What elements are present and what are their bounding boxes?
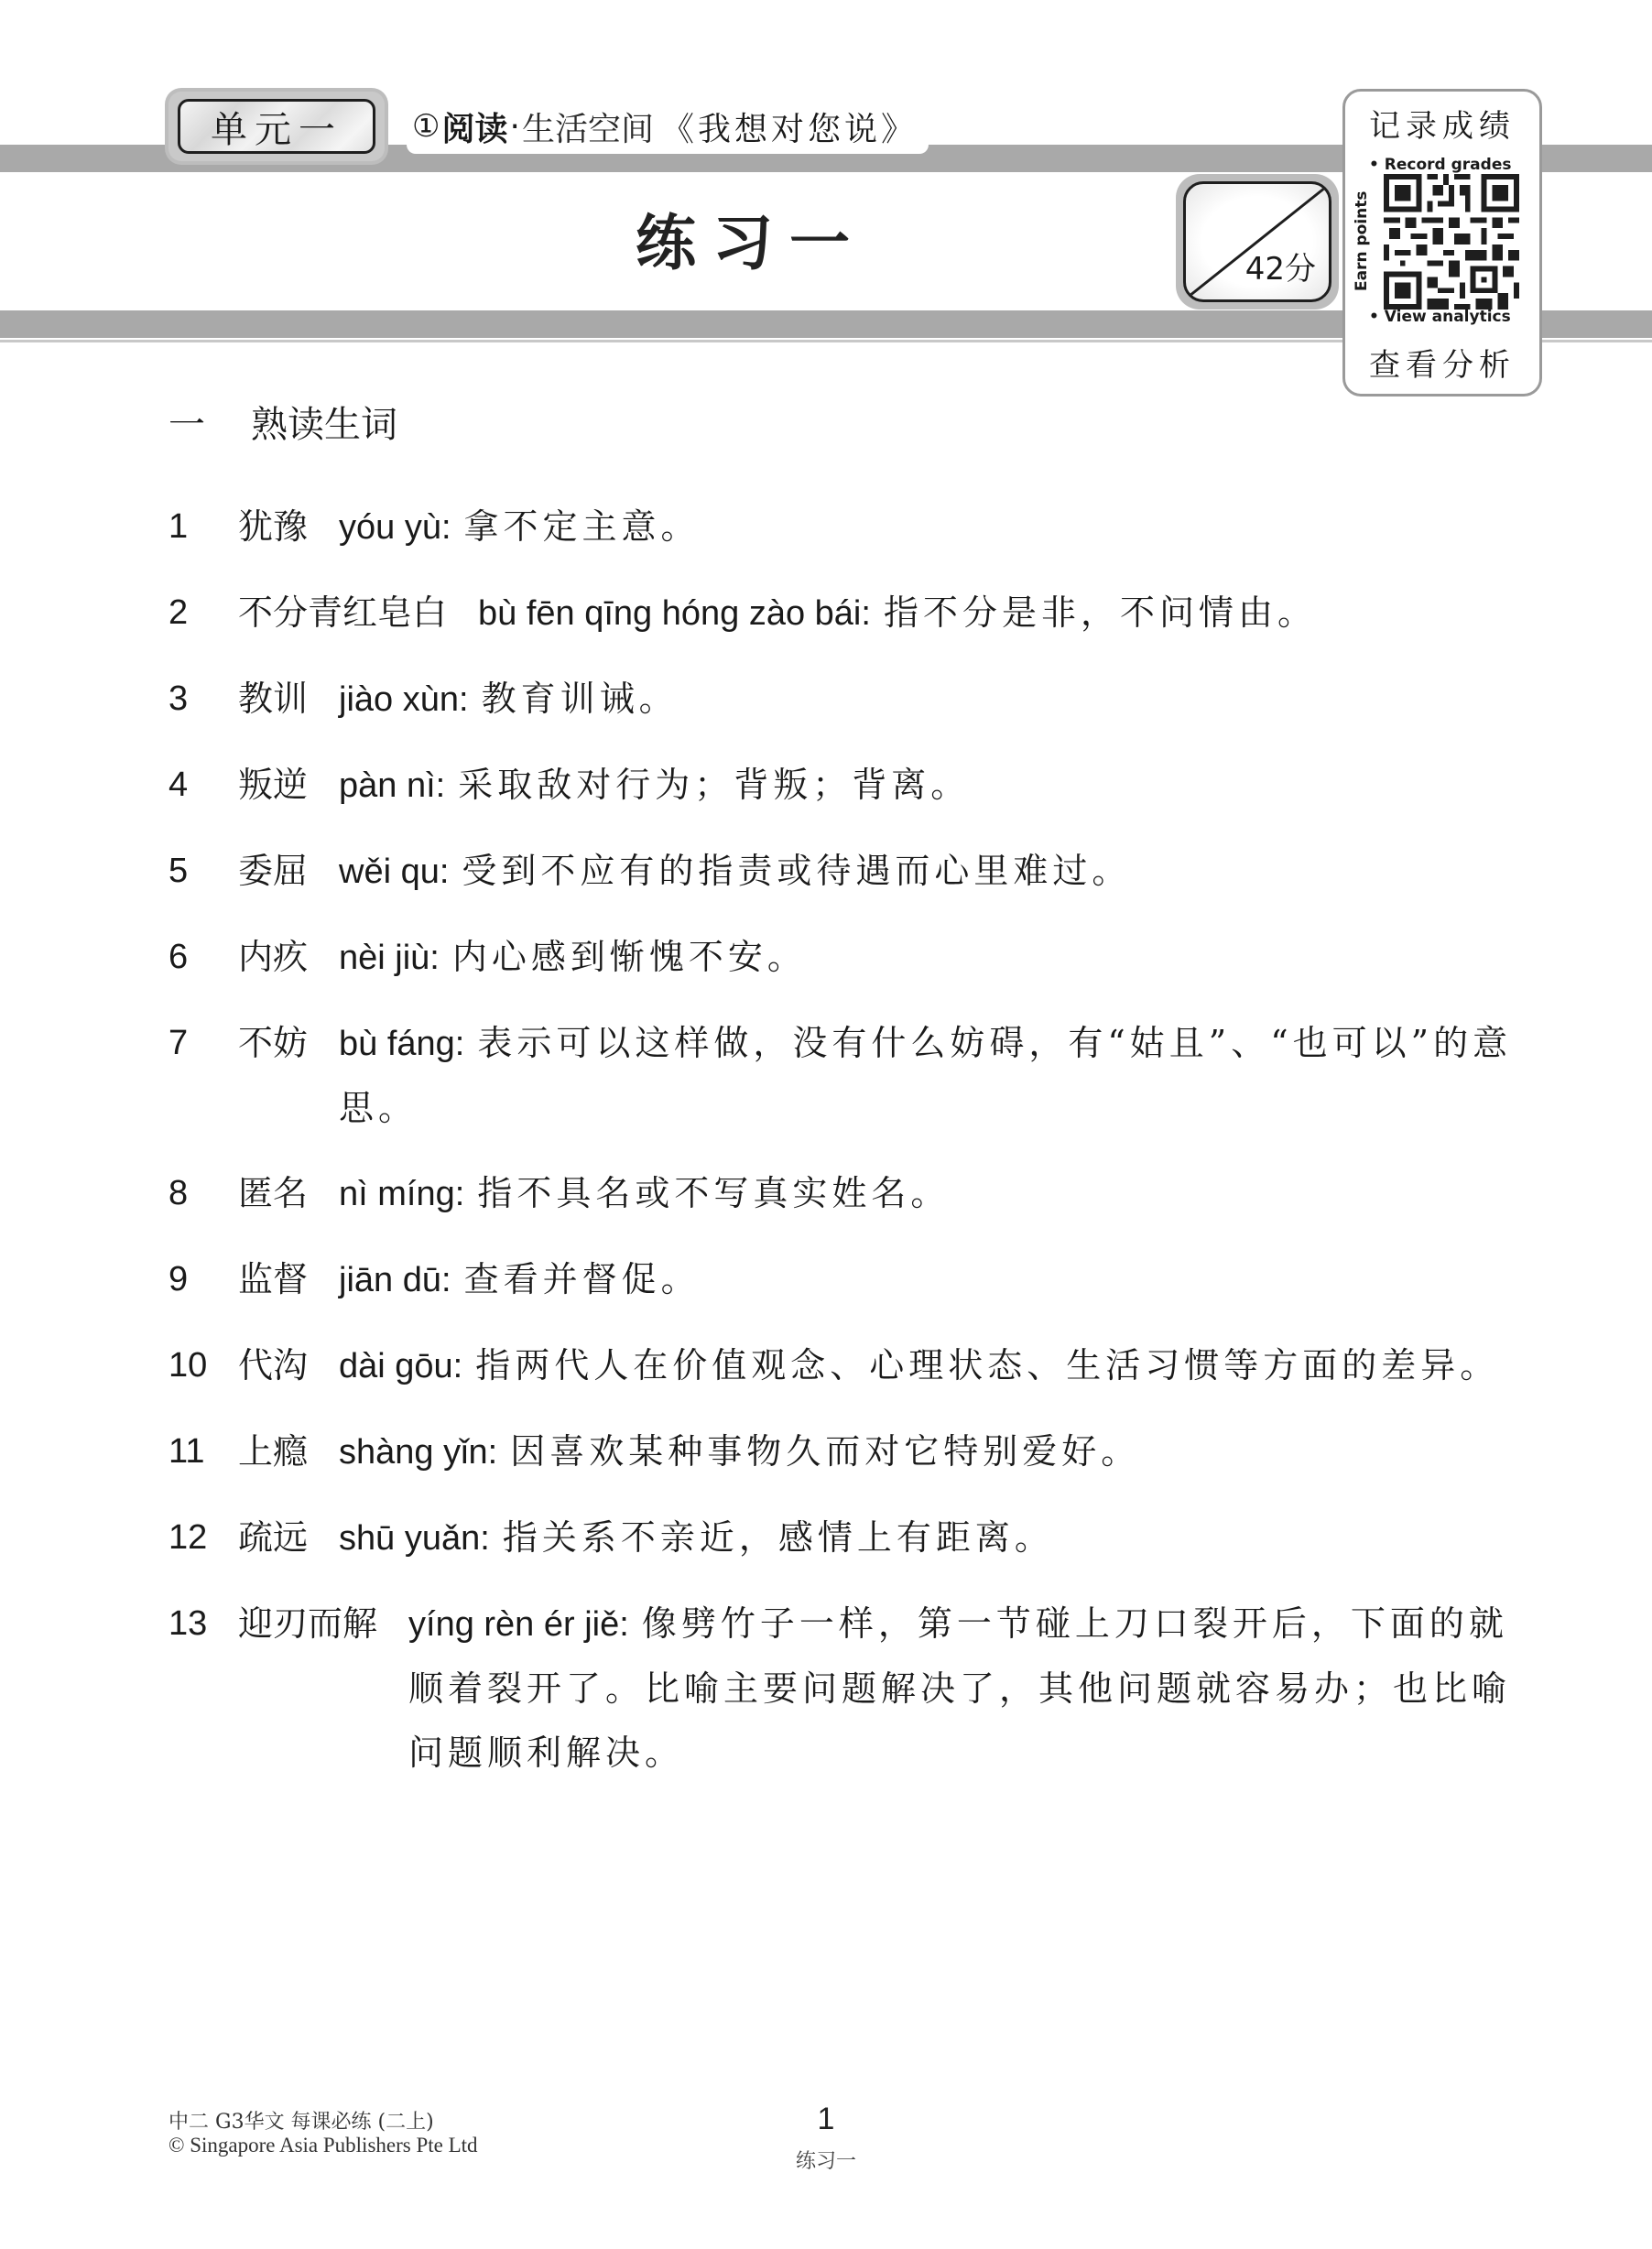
score-total: 42分 [1245,244,1316,288]
vocab-definition: 教育训诫。 [482,679,679,719]
vocab-word: 疏远 [238,1505,308,1570]
lesson-category: 生活空间 [522,103,654,150]
vocab-word: 不分青红皂白 [238,581,447,646]
vocab-number: 8 [168,1161,238,1226]
vocab-definition: 指不分是非，不问情由。 [884,592,1317,633]
vocab-number: 13 [168,1592,238,1785]
unit-label: 单元一 [178,99,375,154]
vocab-definition: 表示可以这样做，没有什么妨碍，有“姑且”、“也可以”的意思。 [339,1023,1512,1128]
vocab-item: 11 上瘾 shàng yǐn:因喜欢某种事物久而对它特别爱好。 [168,1419,1542,1484]
vocab-number: 9 [168,1247,238,1312]
vocab-item: 3 教训 jiào xùn:教育训诫。 [168,667,1542,732]
section-title: 熟读生词 [251,396,397,448]
vocab-word: 委屈 [238,839,308,904]
score-field[interactable]: 42分 [1183,181,1331,302]
vocab-list: 1 犹豫 yóu yù:拿不定主意。 2 不分青红皂白 bù fēn qīng … [168,494,1542,1806]
vocab-number: 5 [168,839,238,904]
vocab-definition: 因喜欢某种事物久而对它特别爱好。 [510,1431,1140,1472]
vocab-word: 迎刃而解 [238,1592,377,1785]
vocab-definition: 采取敌对行为；背叛；背离。 [458,765,970,805]
page-label: 练习一 [0,2146,1652,2174]
vocab-word: 上瘾 [238,1419,308,1484]
vocab-word: 匿名 [238,1161,308,1226]
vocab-pinyin: jiān dū: [339,1261,451,1299]
vocab-pinyin: jiào xùn: [339,680,469,719]
breadcrumb-separator: · [510,108,520,146]
qr-bullet-analytics: • View analytics [1369,308,1511,326]
vocab-pinyin: dài gōu: [339,1347,462,1385]
vocab-pinyin: shū yuǎn: [339,1519,490,1558]
vocab-item: 9 监督 jiān dū:查看并督促。 [168,1247,1542,1312]
page-number: 1 [0,2102,1652,2137]
qr-bottom-label: 查看分析 [1345,340,1539,385]
vocab-item: 13 迎刃而解 yíng rèn ér jiě:像劈竹子一样，第一节碰上刀口裂开… [168,1592,1542,1785]
lesson-breadcrumb: ① 阅读 · 生活空间 《我想对您说》 [407,99,929,154]
vocab-item: 7 不妨 bù fáng:表示可以这样做，没有什么妨碍，有“姑且”、“也可以”的… [168,1011,1542,1140]
vocab-item: 2 不分青红皂白 bù fēn qīng hóng zào bái:指不分是非，… [168,581,1542,646]
vocab-pinyin: nèi jiù: [339,939,440,977]
qr-card[interactable]: 记录成绩 • Record grades Earn points • View … [1342,89,1542,397]
vocab-number: 4 [168,753,238,818]
vocab-item: 8 匿名 nì míng:指不具名或不写真实姓名。 [168,1161,1542,1226]
vocab-pinyin: shàng yǐn: [339,1433,497,1472]
vocab-number: 6 [168,925,238,990]
vocab-pinyin: yíng rèn ér jiě: [408,1605,629,1644]
unit-badge: 单元一 [168,92,385,161]
vocab-number: 3 [168,667,238,732]
vocab-pinyin: bù fēn qīng hóng zào bái: [478,594,871,633]
vocab-word: 不妨 [238,1011,308,1140]
qr-side-label: Earn points [1353,190,1371,291]
vocab-definition: 内心感到惭愧不安。 [452,937,807,977]
vocab-definition: 指不具名或不写真实姓名。 [477,1173,950,1213]
section-heading: 一 熟读生词 [168,396,397,448]
vocab-definition: 指两代人在价值观念、心理状态、生活习惯等方面的差异。 [475,1345,1499,1385]
vocab-pinyin: pàn nì: [339,766,445,805]
qr-code-icon[interactable] [1384,174,1519,310]
vocab-word: 犹豫 [238,494,308,560]
vocab-word: 叛逆 [238,753,308,818]
vocab-number: 1 [168,494,238,560]
vocab-number: 2 [168,581,238,646]
section-number: 一 [168,396,205,448]
vocab-pinyin: bù fáng: [339,1025,464,1063]
vocab-definition: 查看并督促。 [464,1259,701,1299]
vocab-definition: 受到不应有的指责或待遇而心里难过。 [462,851,1131,891]
vocab-word: 代沟 [238,1333,308,1398]
vocab-definition: 拿不定主意。 [464,506,701,547]
vocab-word: 内疚 [238,925,308,990]
lesson-title: 《我想对您说》 [661,103,918,150]
vocab-item: 1 犹豫 yóu yù:拿不定主意。 [168,494,1542,560]
lesson-type: 阅读 [441,103,507,150]
vocab-item: 4 叛逆 pàn nì:采取敌对行为；背叛；背离。 [168,753,1542,818]
lesson-number: ① [412,108,440,145]
vocab-item: 12 疏远 shū yuǎn:指关系不亲近，感情上有距离。 [168,1505,1542,1570]
vocab-number: 10 [168,1333,238,1398]
vocab-pinyin: yóu yù: [339,508,451,547]
vocab-definition: 指关系不亲近，感情上有距离。 [503,1517,1054,1558]
vocab-item: 5 委屈 wěi qu:受到不应有的指责或待遇而心里难过。 [168,839,1542,904]
vocab-word: 教训 [238,667,308,732]
vocab-item: 10 代沟 dài gōu:指两代人在价值观念、心理状态、生活习惯等方面的差异。 [168,1333,1542,1398]
vocab-number: 7 [168,1011,238,1140]
vocab-item: 6 内疚 nèi jiù:内心感到惭愧不安。 [168,925,1542,990]
vocab-number: 11 [168,1419,238,1484]
vocab-number: 12 [168,1505,238,1570]
score-box[interactable]: 42分 [1176,174,1339,310]
vocab-word: 监督 [238,1247,308,1312]
vocab-pinyin: wěi qu: [339,853,449,891]
qr-top-label: 记录成绩 [1345,101,1539,146]
vocab-pinyin: nì míng: [339,1175,464,1213]
qr-bullet-record: • Record grades [1369,156,1511,174]
